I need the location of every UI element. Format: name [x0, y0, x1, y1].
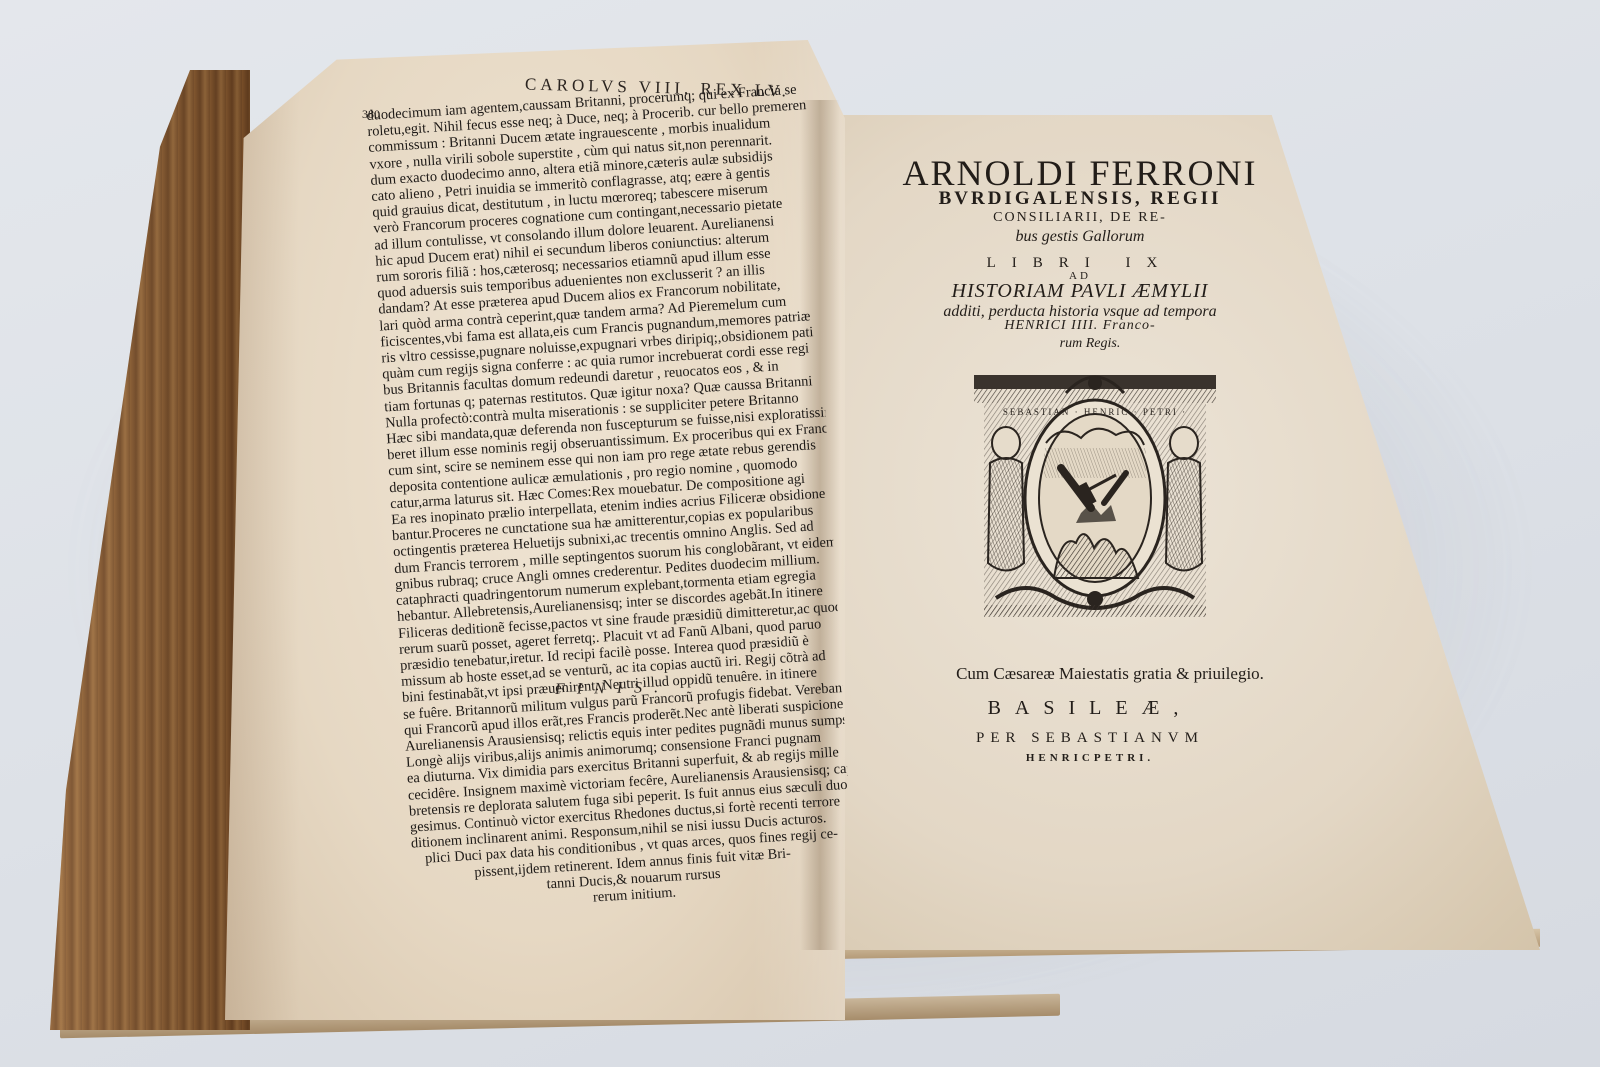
- title-king-end: rum Regis.: [990, 336, 1190, 352]
- title-origin: BVRDIGALENSIS, REGII: [880, 188, 1280, 210]
- title-history: HISTORIAM PAVLI ÆMYLII: [870, 280, 1290, 303]
- colophon-finis: FINIS.: [555, 679, 670, 699]
- title-subject: bus gestis Gallorum: [880, 228, 1280, 246]
- book-photo: CAROLVS VIII. REX LV. 380 duodecimum iam…: [0, 0, 1600, 1067]
- imprint-printer-name: HENRICPETRI.: [910, 752, 1270, 764]
- title-office: CONSILIARII, DE RE-: [880, 210, 1280, 226]
- printers-device-woodcut: SEBASTIAN · HENRIC · PETRI ·: [966, 363, 1224, 625]
- privilege-statement: Cum Cæsareæ Maiestatis gratia & priuileg…: [890, 664, 1330, 684]
- left-page-body-text: duodecimum iam agentem,caussam Britanni,…: [366, 81, 855, 917]
- imprint-printer: PER SEBASTIANVM: [910, 730, 1270, 747]
- title-king: HENRICI IIII. Franco-: [870, 318, 1290, 334]
- imprint-place: BASILEÆ,: [910, 697, 1270, 720]
- device-motto: SEBASTIAN · HENRIC · PETRI ·: [1003, 407, 1187, 417]
